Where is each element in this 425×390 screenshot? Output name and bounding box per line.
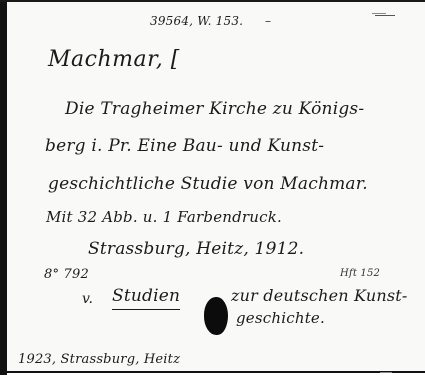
series-name: Studien <box>112 286 180 310</box>
call-number: 39564, W. 153. <box>150 14 243 28</box>
illustrations-note: Mit 32 Abb. u. 1 Farbendruck. <box>46 208 282 226</box>
imprint: Strassburg, Heitz, 1912. <box>88 239 304 259</box>
speck <box>375 15 395 16</box>
ink-blot <box>204 297 228 335</box>
call-number-dash: – <box>265 14 271 28</box>
title-line-3: geschichtliche Studie von Machmar. <box>48 174 368 194</box>
footer-note: 1923, Strassburg, Heitz <box>18 352 180 367</box>
speck <box>380 372 392 373</box>
author-heading: Machmar, [ <box>48 47 180 72</box>
series-title-line-2: geschichte. <box>236 309 325 327</box>
shelfmark: 8° 792 <box>44 267 89 282</box>
series-title-line-1: zur deutschen Kunst- <box>231 286 408 305</box>
title-line-1: Die Tragheimer Kirche zu Königs- <box>65 99 364 119</box>
series-prefix: v. <box>82 291 93 307</box>
title-line-2: berg i. Pr. Eine Bau- und Kunst- <box>45 136 324 156</box>
series-number-note: Hft 152 <box>340 268 380 279</box>
card-left-edge <box>0 2 7 375</box>
speck <box>372 13 386 14</box>
catalog-card: 39564, W. 153. – Machmar, [ Die Tragheim… <box>0 0 425 373</box>
